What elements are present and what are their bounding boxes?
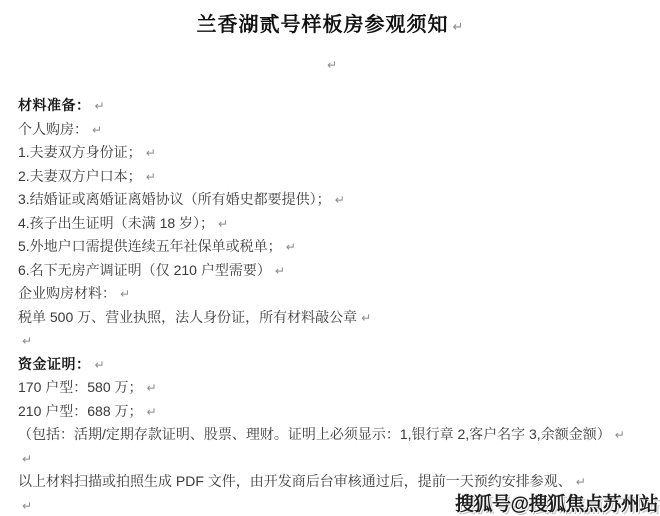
- paragraph-mark: ↵: [147, 381, 157, 395]
- line-type-170: 170 户型：580 万；↵: [18, 376, 646, 400]
- paragraph-mark: ↵: [95, 358, 105, 372]
- page-title: 兰香湖贰号样板房参观须知: [197, 14, 449, 36]
- paragraph-mark: ↵: [147, 405, 157, 419]
- line-text: 个人购房：: [18, 121, 88, 137]
- line-text: 2.夫妻双方户口本；: [18, 168, 142, 184]
- line-include-note: （包括：活期/定期存款证明、股票、理财。证明上必须显示：1,银行章 2,客户名字…: [18, 423, 646, 447]
- line-funds-heading: 资金证明：↵: [18, 353, 646, 377]
- paragraph-mark: ↵: [327, 58, 337, 72]
- line-text: 210 户型：688 万；: [18, 403, 143, 419]
- line-item-5: 5.外地户口需提供连续五年社保单或税单；↵: [18, 235, 646, 259]
- paragraph-mark: ↵: [335, 193, 345, 207]
- line-text: 企业购房材料：: [18, 285, 116, 301]
- line-personal-purchase: 个人购房：↵: [18, 118, 646, 142]
- line-item-3: 3.结婚证或离婚证离婚协议（所有婚史都要提供）；↵: [18, 188, 646, 212]
- paragraph-mark: ↵: [286, 240, 296, 254]
- paragraph-mark: ↵: [361, 311, 371, 325]
- paragraph-mark: ↵: [95, 99, 105, 113]
- line-tax-requirement: 税单 500 万、营业执照，法人身份证，所有材料敲公章↵: [18, 306, 646, 330]
- paragraph-mark: ↵: [275, 264, 285, 278]
- paragraph-mark: ↵: [218, 217, 228, 231]
- line-text: （包括：活期/定期存款证明、股票、理财。证明上必须显示：1,银行章 2,客户名字…: [18, 426, 611, 442]
- paragraph-mark: ↵: [615, 428, 625, 442]
- line-text: 资金证明：: [18, 356, 91, 372]
- line-text: 税单 500 万、营业执照，法人身份证，所有材料敲公章: [18, 309, 357, 325]
- line-company-materials: 企业购房材料：↵: [18, 282, 646, 306]
- paragraph-mark: ↵: [22, 334, 32, 348]
- line-materials-heading: 材料准备：↵: [18, 94, 646, 118]
- line-text: 4.孩子出生证明（未满 18 岁）；: [18, 215, 214, 231]
- paragraph-mark: ↵: [146, 170, 156, 184]
- line-item-1: 1.夫妻双方身份证；↵: [18, 141, 646, 165]
- paragraph-mark: ↵: [22, 452, 32, 466]
- line-text: 3.结婚证或离婚证离婚协议（所有婚史都要提供）；: [18, 191, 331, 207]
- line-item-4: 4.孩子出生证明（未满 18 岁）；↵: [18, 212, 646, 236]
- paragraph-mark: ↵: [576, 475, 586, 489]
- line-text: 以上材料扫描或拍照生成 PDF 文件，由开发商后台审核通过后，提前一天预约安排参…: [18, 473, 572, 489]
- empty-paragraph-centered: ↵: [0, 54, 660, 76]
- paragraph-mark: ↵: [453, 19, 464, 34]
- document-page: 兰香湖贰号样板房参观须知↵ ↵ 材料准备：↵ 个人购房：↵ 1.夫妻双方身份证；…: [0, 0, 660, 516]
- document-body: 材料准备：↵ 个人购房：↵ 1.夫妻双方身份证；↵ 2.夫妻双方户口本；↵ 3.…: [0, 94, 660, 516]
- line-text: 材料准备：: [18, 97, 91, 113]
- line-item-2: 2.夫妻双方户口本；↵: [18, 165, 646, 189]
- paragraph-mark: ↵: [92, 123, 102, 137]
- line-text: 5.外地户口需提供连续五年社保单或税单；: [18, 238, 282, 254]
- paragraph-mark: ↵: [22, 499, 32, 513]
- line-text: 170 户型：580 万；: [18, 379, 143, 395]
- paragraph-mark: ↵: [146, 146, 156, 160]
- line-type-210: 210 户型：688 万；↵: [18, 400, 646, 424]
- line-text: 6.名下无房产调证明（仅 210 户型需要）: [18, 262, 271, 278]
- document-title-row: 兰香湖贰号样板房参观须知↵: [0, 10, 660, 42]
- paragraph-mark: ↵: [120, 287, 130, 301]
- line-empty: ↵: [18, 447, 646, 471]
- sohu-watermark: 搜狐号@搜狐焦点苏州站: [455, 489, 658, 516]
- line-text: 1.夫妻双方身份证；: [18, 144, 142, 160]
- line-item-6: 6.名下无房产调证明（仅 210 户型需要）↵: [18, 259, 646, 283]
- line-empty: ↵: [18, 329, 646, 353]
